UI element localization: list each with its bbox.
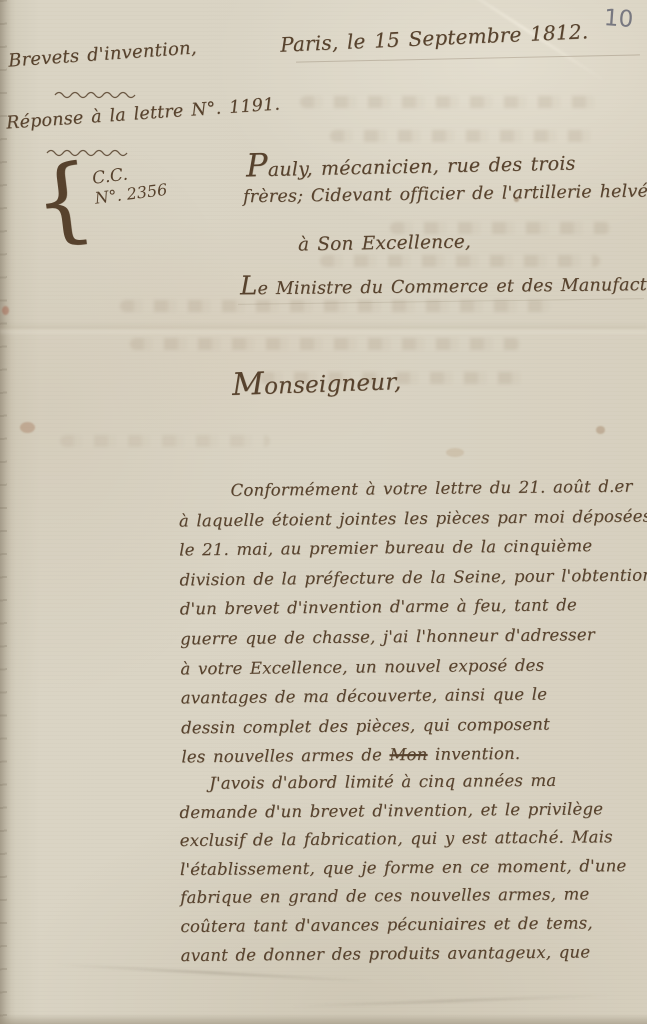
margin-note-subject: Brevets d'invention, xyxy=(7,37,197,71)
body-line: fabrique en grand de ces nouvelles armes… xyxy=(180,880,646,913)
margin-note-reference: Réponse à la lettre N°. 1191. xyxy=(6,94,281,133)
manuscript-letter-page: 10 Paris, le 15 Septembre 1812. Brevets … xyxy=(0,0,647,1024)
bottom-edge-shadow xyxy=(0,1014,647,1024)
body-text: invention. xyxy=(427,744,520,764)
body-line: l'établissement, que je forme en ce mome… xyxy=(180,852,646,885)
body-line: dessin complet des pièces, qui composent xyxy=(181,708,647,742)
body-paragraph-2: J'avois d'abord limité à cinq années ma … xyxy=(179,766,647,970)
show-through-text xyxy=(130,338,520,350)
addressee-line: Le Ministre du Commerce et des Manufactu… xyxy=(240,267,647,302)
ink-stain xyxy=(2,306,9,315)
sender-line: frères; Cidevant officier de l'artilleri… xyxy=(243,181,647,207)
body-paragraph-1: Conformément à votre lettre du 21. août … xyxy=(178,472,647,773)
torn-edge-notches xyxy=(0,0,7,1024)
body-line: exclusif de la fabrication, qui y est at… xyxy=(180,823,646,856)
body-line: Conformément à votre lettre du 21. août … xyxy=(178,472,644,506)
registry-reference: { C.C. N°. 2356 xyxy=(29,146,172,246)
show-through-text xyxy=(320,255,600,267)
body-text: les nouvelles armes de xyxy=(181,746,389,767)
registry-lines: C.C. N°. 2356 xyxy=(91,160,168,209)
dateline: Paris, le 15 Septembre 1812. xyxy=(280,19,589,56)
page-number: 10 xyxy=(603,5,634,33)
body-line: division de la préfecture de la Seine, p… xyxy=(179,560,645,594)
body-line: coûtera tant d'avances pécuniaires et de… xyxy=(180,909,646,942)
struck-word: Mon xyxy=(389,745,427,764)
body-line: le 21. mai, au premier bureau de la cinq… xyxy=(179,531,645,565)
squiggle-underline xyxy=(54,90,142,100)
faint-ruled-line xyxy=(296,54,640,62)
body-line: à laquelle étoient jointes les pièces pa… xyxy=(179,501,645,535)
wrinkle-bottom-right xyxy=(290,994,610,1007)
fold-crease-middle xyxy=(0,322,647,336)
ink-stain xyxy=(20,422,35,433)
body-line: avantages de ma découverte, ainsi que le xyxy=(181,679,647,713)
body-line: guerre que de chasse, j'ai l'honneur d'a… xyxy=(180,620,646,654)
body-line: avant de donner des produits avantageux,… xyxy=(181,938,647,971)
curly-brace: { xyxy=(29,155,97,246)
show-through-text xyxy=(300,96,600,108)
body-line: demande d'un brevet d'invention, et le p… xyxy=(179,795,645,828)
addressee-line: à Son Excellence, xyxy=(298,231,471,255)
sender-line: Pauly, mécanicien, rue des trois xyxy=(246,140,576,185)
show-through-text xyxy=(60,435,270,447)
ink-stain xyxy=(446,448,464,457)
body-line: d'un brevet d'invention d'arme à feu, ta… xyxy=(180,590,646,624)
ink-stain xyxy=(596,426,605,434)
body-line: J'avois d'abord limité à cinq années ma xyxy=(179,766,645,799)
salutation: Monseigneur, xyxy=(231,361,401,403)
body-line: à votre Excellence, un nouvel exposé des xyxy=(180,649,646,683)
